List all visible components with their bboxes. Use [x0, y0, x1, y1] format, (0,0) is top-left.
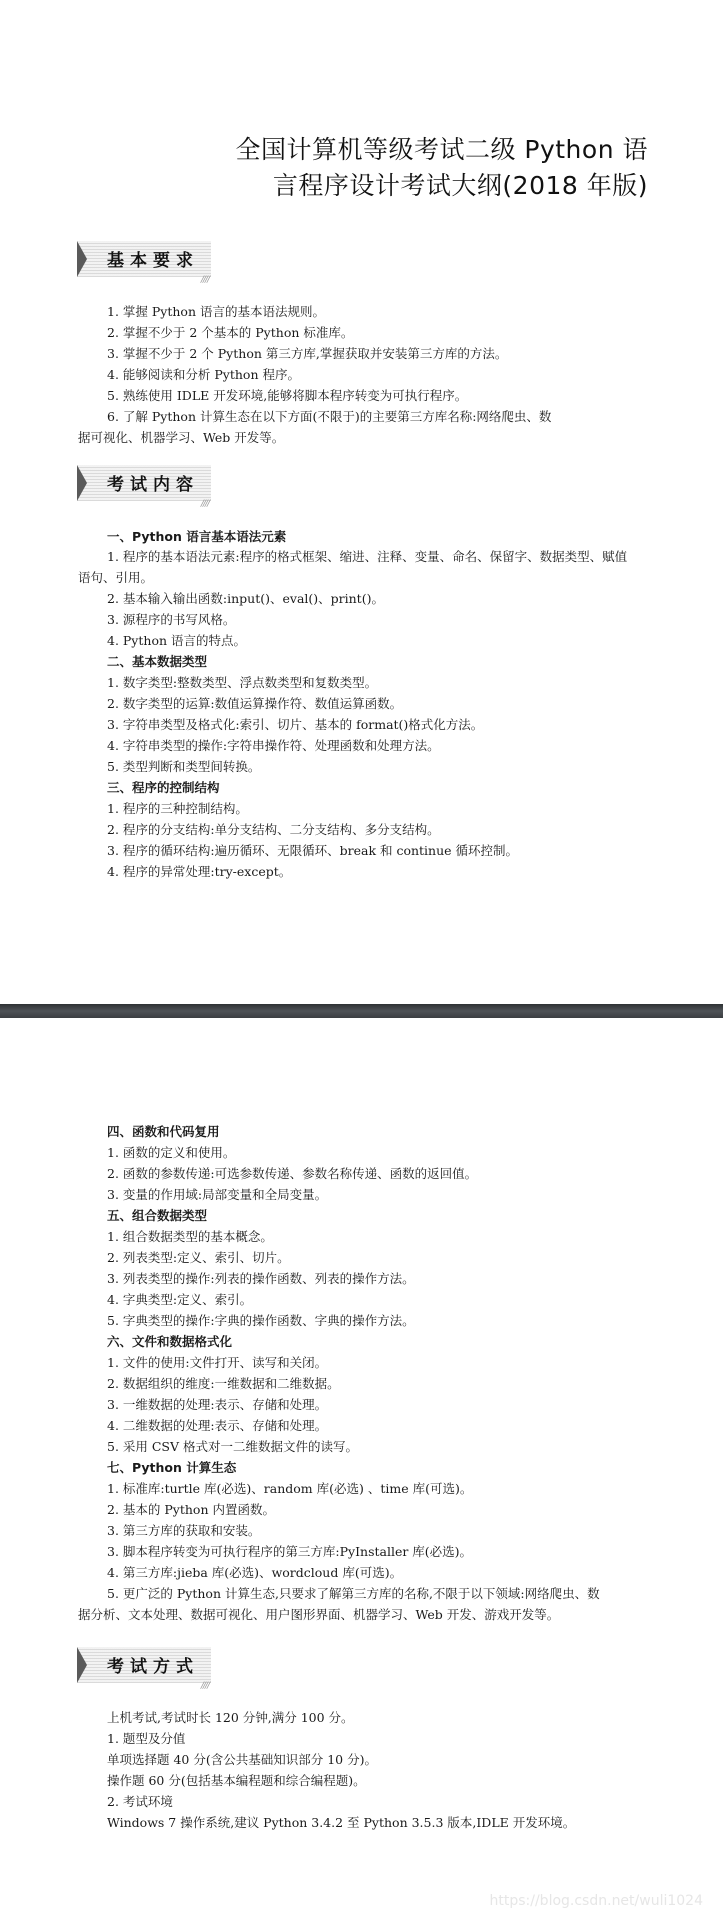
- list-item: 4. 程序的异常处理:try-except。: [107, 861, 291, 882]
- list-item: 5. 字典类型的操作:字典的操作函数、字典的操作方法。: [107, 1310, 415, 1331]
- list-item: 4. Python 语言的特点。: [107, 630, 246, 651]
- banner-arrow-icon: [77, 241, 87, 277]
- list-item: 3. 列表类型的操作:列表的操作函数、列表的操作方法。: [107, 1268, 415, 1289]
- subsection-heading: 一、Python 语言基本语法元素: [107, 526, 286, 547]
- banner-arrow-icon: [77, 1647, 87, 1683]
- list-item: 3. 第三方库的获取和安装。: [107, 1520, 260, 1541]
- list-item: 4. 字典类型:定义、索引。: [107, 1289, 252, 1310]
- list-item: 2. 掌握不少于 2 个基本的 Python 标准库。: [107, 322, 353, 343]
- section-banner-exam-content: 考试内容 ////: [77, 465, 211, 501]
- subsection-heading: 二、基本数据类型: [107, 651, 207, 672]
- list-item-continuation: 语句、引用。: [78, 567, 153, 588]
- list-item: 2. 数字类型的运算:数值运算操作符、数值运算函数。: [107, 693, 402, 714]
- section-banner-exam-format: 考试方式 ////: [77, 1647, 211, 1683]
- list-item-continuation: 据可视化、机器学习、Web 开发等。: [78, 427, 284, 448]
- list-item: 6. 了解 Python 计算生态在以下方面(不限于)的主要第三方库名称:网络爬…: [107, 406, 551, 427]
- list-item: 3. 程序的循环结构:遍历循环、无限循环、break 和 continue 循环…: [107, 840, 518, 861]
- section-banner-basic-requirements: 基本要求 ////: [77, 241, 211, 277]
- list-item: 2. 程序的分支结构:单分支结构、二分支结构、多分支结构。: [107, 819, 440, 840]
- banner-hatch-icon: ////: [201, 275, 209, 285]
- list-item: 3. 变量的作用域:局部变量和全局变量。: [107, 1184, 327, 1205]
- list-item: 2. 基本输入输出函数:input()、eval()、print()。: [107, 588, 384, 609]
- subsection-heading: 七、Python 计算生态: [107, 1457, 236, 1478]
- watermark: https://blog.csdn.net/wuli1024: [490, 1893, 704, 1909]
- list-item: 1. 标准库:turtle 库(必选)、random 库(必选) 、time 库…: [107, 1478, 472, 1499]
- banner-label: 考试内容: [107, 470, 199, 495]
- list-item: 1. 程序的基本语法元素:程序的格式框架、缩进、注释、变量、命名、保留字、数据类…: [107, 546, 627, 567]
- list-item: 3. 脚本程序转变为可执行程序的第三方库:PyInstaller 库(必选)。: [107, 1541, 472, 1562]
- list-item: 单项选择题 40 分(含公共基础知识部分 10 分)。: [107, 1749, 377, 1770]
- list-item: 2. 考试环境: [107, 1791, 173, 1812]
- list-item: 4. 二维数据的处理:表示、存储和处理。: [107, 1415, 327, 1436]
- list-item: 1. 数字类型:整数类型、浮点数类型和复数类型。: [107, 672, 377, 693]
- list-item-continuation: 据分析、文本处理、数据可视化、用户图形界面、机器学习、Web 开发、游戏开发等。: [78, 1604, 559, 1625]
- list-item: 3. 字符串类型及格式化:索引、切片、基本的 format()格式化方法。: [107, 714, 483, 735]
- list-item: 3. 掌握不少于 2 个 Python 第三方库,掌握获取并安装第三方库的方法。: [107, 343, 507, 364]
- banner-label: 基本要求: [107, 246, 199, 271]
- title-line-2: 言程序设计考试大纲(2018 年版): [235, 168, 648, 204]
- banner-hatch-icon: ////: [201, 1681, 209, 1691]
- list-item: 2. 数据组织的维度:一维数据和二维数据。: [107, 1373, 340, 1394]
- list-item: 4. 字符串类型的操作:字符串操作符、处理函数和处理方法。: [107, 735, 440, 756]
- subsection-heading: 四、函数和代码复用: [107, 1121, 220, 1142]
- subsection-heading: 六、文件和数据格式化: [107, 1331, 232, 1352]
- list-item: 5. 熟练使用 IDLE 开发环境,能够将脚本程序转变为可执行程序。: [107, 385, 467, 406]
- title-line-1: 全国计算机等级考试二级 Python 语: [235, 132, 648, 168]
- list-item: 1. 程序的三种控制结构。: [107, 798, 248, 819]
- list-item: 5. 类型判断和类型间转换。: [107, 756, 260, 777]
- banner-hatch-icon: ////: [201, 499, 209, 509]
- list-item: 2. 列表类型:定义、索引、切片。: [107, 1247, 290, 1268]
- list-item: 1. 组合数据类型的基本概念。: [107, 1226, 273, 1247]
- list-item: 上机考试,考试时长 120 分钟,满分 100 分。: [107, 1707, 354, 1728]
- list-item: 5. 采用 CSV 格式对一二维数据文件的读写。: [107, 1436, 358, 1457]
- list-item: Windows 7 操作系统,建议 Python 3.4.2 至 Python …: [107, 1812, 575, 1833]
- list-item: 1. 题型及分值: [107, 1728, 185, 1749]
- list-item: 2. 基本的 Python 内置函数。: [107, 1499, 275, 1520]
- document-title: 全国计算机等级考试二级 Python 语 言程序设计考试大纲(2018 年版): [235, 132, 648, 204]
- list-item: 5. 更广泛的 Python 计算生态,只要求了解第三方库的名称,不限于以下领域…: [107, 1583, 600, 1604]
- subsection-heading: 五、组合数据类型: [107, 1205, 207, 1226]
- list-item: 4. 能够阅读和分析 Python 程序。: [107, 364, 300, 385]
- list-item: 4. 第三方库:jieba 库(必选)、wordcloud 库(可选)。: [107, 1562, 402, 1583]
- list-item: 操作题 60 分(包括基本编程题和综合编程题)。: [107, 1770, 366, 1791]
- page-divider: [0, 1004, 723, 1018]
- subsection-heading: 三、程序的控制结构: [107, 777, 220, 798]
- list-item: 1. 文件的使用:文件打开、读写和关闭。: [107, 1352, 327, 1373]
- banner-label: 考试方式: [107, 1652, 199, 1677]
- list-item: 2. 函数的参数传递:可选参数传递、参数名称传递、函数的返回值。: [107, 1163, 477, 1184]
- list-item: 3. 一维数据的处理:表示、存储和处理。: [107, 1394, 327, 1415]
- list-item: 1. 函数的定义和使用。: [107, 1142, 235, 1163]
- list-item: 1. 掌握 Python 语言的基本语法规则。: [107, 301, 325, 322]
- list-item: 3. 源程序的书写风格。: [107, 609, 235, 630]
- banner-arrow-icon: [77, 465, 87, 501]
